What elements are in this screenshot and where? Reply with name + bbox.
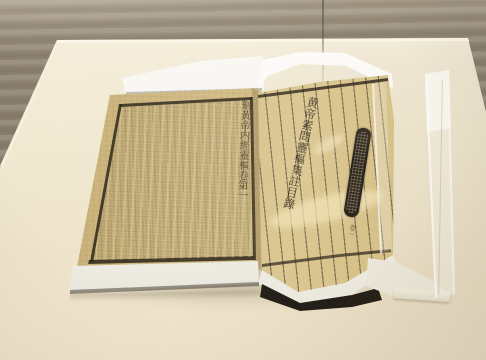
museum-photo-scene: 刻黄帝内經靈樞卷第一 黄帝素問靈樞集註目錄 卷一: [0, 0, 486, 360]
lighting-vignette-overlay: [0, 0, 486, 360]
